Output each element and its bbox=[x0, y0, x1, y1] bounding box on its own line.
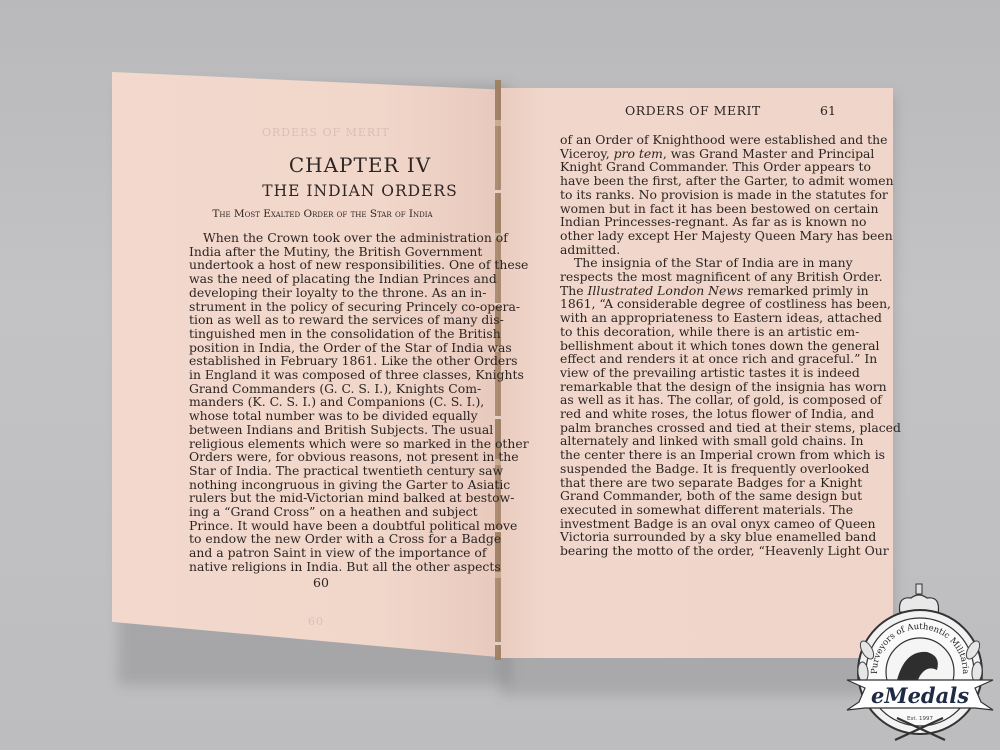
text-line: investment Badge is an oval onyx cameo o… bbox=[560, 517, 838, 531]
text-line: other lady except Her Majesty Queen Mary… bbox=[560, 229, 838, 243]
text-line: admitted. bbox=[560, 243, 838, 257]
text-line: in England it was composed of three clas… bbox=[189, 368, 473, 382]
text-line: Grand Commander, both of the same design… bbox=[560, 489, 838, 503]
text-line: undertook a host of new responsibilities… bbox=[189, 258, 473, 272]
page-number-right: 61 bbox=[820, 103, 836, 118]
text-line: native religions in India. But all the o… bbox=[189, 560, 473, 574]
text-line: and a patron Saint in view of the import… bbox=[189, 546, 473, 560]
text-line: alternately and linked with small gold c… bbox=[560, 434, 838, 448]
text-line: Orders were, for obvious reasons, not pr… bbox=[189, 450, 473, 464]
text-line: When the Crown took over the administrat… bbox=[189, 231, 473, 245]
show-through-running-head: ORDERS OF MERIT bbox=[262, 126, 390, 139]
text-line: to endow the new Order with a Cross for … bbox=[189, 532, 473, 546]
chapter-heading: CHAPTER IV bbox=[250, 153, 470, 177]
text-line: India after the Mutiny, the British Gove… bbox=[189, 245, 473, 259]
text-line: as well as it has. The collar, of gold, … bbox=[560, 393, 838, 407]
show-through-page-number: 60 bbox=[308, 615, 324, 628]
text-line: with an appropriateness to Eastern ideas… bbox=[560, 311, 838, 325]
text-line: bellishment about it which tones down th… bbox=[560, 339, 838, 353]
text-line: ing a “Grand Cross” on a heathen and sub… bbox=[189, 505, 473, 519]
page-number-left: 60 bbox=[306, 575, 336, 590]
text-line: that there are two separate Badges for a… bbox=[560, 476, 838, 490]
section-heading: THE INDIAN ORDERS bbox=[240, 182, 480, 200]
text-line: to its ranks. No provision is made in th… bbox=[560, 188, 838, 202]
text-line: palm branches crossed and tied at their … bbox=[560, 421, 838, 435]
running-head: ORDERS OF MERIT bbox=[625, 103, 761, 118]
subheading: The Most Exalted Order of the Star of In… bbox=[165, 208, 480, 220]
text-line: Knight Grand Commander. This Order appea… bbox=[560, 160, 838, 174]
text-line: The Illustrated London News remarked pri… bbox=[560, 284, 838, 298]
text-line: religious elements which were so marked … bbox=[189, 437, 473, 451]
text-line: rulers but the mid-Victorian mind balked… bbox=[189, 491, 473, 505]
text-line: Star of India. The practical twentieth c… bbox=[189, 464, 473, 478]
text-line: have been the first, after the Garter, t… bbox=[560, 174, 838, 188]
text-line: executed in somewhat different materials… bbox=[560, 503, 838, 517]
text-line: red and white roses, the lotus flower of… bbox=[560, 407, 838, 421]
text-line: the center there is an Imperial crown fr… bbox=[560, 448, 838, 462]
text-line: between Indians and British Subjects. Th… bbox=[189, 423, 473, 437]
text-line: effect and renders it at once rich and g… bbox=[560, 352, 838, 366]
text-line: women but in fact it has been bestowed o… bbox=[560, 202, 838, 216]
text-line: Prince. It would have been a doubtful po… bbox=[189, 519, 473, 533]
emedals-watermark-logo: Purveyors of Authentic Militaria eMedals… bbox=[845, 580, 995, 745]
text-line: 1861, “A considerable degree of costline… bbox=[560, 297, 838, 311]
text-line: established in February 1861. Like the o… bbox=[189, 354, 473, 368]
text-line: tion as well as to reward the services o… bbox=[189, 313, 473, 327]
right-page-body: of an Order of Knighthood were establish… bbox=[560, 133, 838, 558]
left-page-body: When the Crown took over the administrat… bbox=[189, 231, 473, 574]
text-line: Victoria surrounded by a sky blue enamel… bbox=[560, 530, 838, 544]
text-line: Viceroy, pro tem, was Grand Master and P… bbox=[560, 147, 838, 161]
text-line: tinguished men in the consolidation of t… bbox=[189, 327, 473, 341]
text-line: The insignia of the Star of India are in… bbox=[560, 256, 838, 270]
text-line: manders (K. C. S. I.) and Companions (C.… bbox=[189, 395, 473, 409]
text-line: Indian Princesses-regnant. As far as is … bbox=[560, 215, 838, 229]
text-line: view of the prevailing artistic tastes i… bbox=[560, 366, 838, 380]
text-line: respects the most magnificent of any Bri… bbox=[560, 270, 838, 284]
text-line: was the need of placating the Indian Pri… bbox=[189, 272, 473, 286]
emedals-crest-icon: Purveyors of Authentic Militaria eMedals… bbox=[845, 580, 995, 745]
text-line: strument in the policy of securing Princ… bbox=[189, 300, 473, 314]
text-line: remarkable that the design of the insign… bbox=[560, 380, 838, 394]
text-line: to this decoration, while there is an ar… bbox=[560, 325, 838, 339]
text-line: suspended the Badge. It is frequently ov… bbox=[560, 462, 838, 476]
text-line: bearing the motto of the order, “Heavenl… bbox=[560, 544, 838, 558]
emedals-wordmark: eMedals bbox=[871, 683, 969, 708]
text-line: developing their loyalty to the throne. … bbox=[189, 286, 473, 300]
established-year: Est. 1997 bbox=[907, 716, 933, 722]
text-line: nothing incongruous in giving the Garter… bbox=[189, 478, 473, 492]
text-line: of an Order of Knighthood were establish… bbox=[560, 133, 838, 147]
text-line: position in India, the Order of the Star… bbox=[189, 341, 473, 355]
text-line: Grand Commanders (G. C. S. I.), Knights … bbox=[189, 382, 473, 396]
text-line: whose total number was to be divided equ… bbox=[189, 409, 473, 423]
